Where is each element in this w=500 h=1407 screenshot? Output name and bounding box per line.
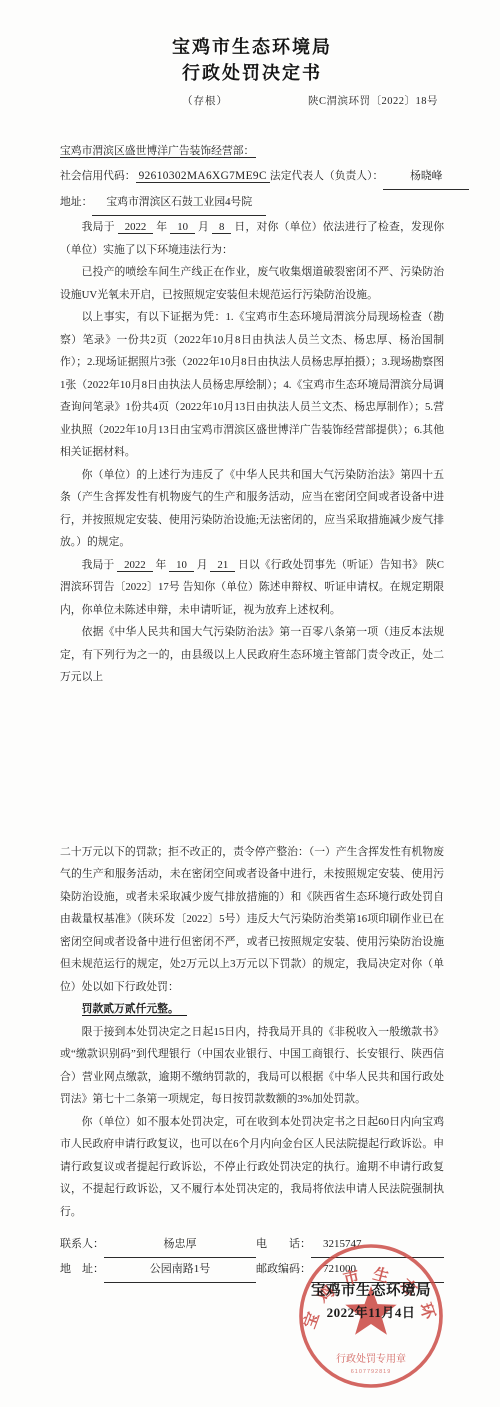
address-value: 宝鸡市渭滨区石鼓工业园4号院 [92,190,266,216]
notice-year: 2022 [117,559,153,572]
inspection-year-unit: 年 [156,221,167,233]
inspection-day: 8 [212,221,231,234]
title-line-1: 宝鸡市生态环境局 [60,34,444,60]
recipient-block: 宝鸡市渭滨区盛世博洋广告装饰经营部： 社会信用代码：92610302MA6XG7… [60,139,444,216]
credit-code-label: 社会信用代码： [60,170,136,182]
contact-person-value: 杨忠厚 [104,1232,256,1258]
document-title: 宝鸡市生态环境局 行政处罚决定书 [60,34,444,86]
evidence-paragraph: 以上事实，有以下证据为凭：1.《宝鸡市生态环境局渭滨分局现场检查（勘察）笔录》一… [60,306,444,464]
document-page: 宝鸡市生态环境局 行政处罚决定书 （存根） 陕C渭滨环罚〔2022〕18号 宝鸡… [0,0,500,1407]
contact-person-label: 联系人： [60,1232,104,1257]
notice-paragraph: 我局于 2022 年 10 月 21 日以《行政处罚事先（听证）告知书》 陕C渭… [60,554,444,622]
address-label: 地址： [60,196,92,208]
legal-basis-part1: 依据《中华人民共和国大气污染防治法》第一百零八条第一项（违反本法规定，有下列行为… [60,621,444,689]
legal-basis-part2: 二十万元以下的罚款；拒不改正的，责令停产整治：（一）产生含挥发性有机物废气的生产… [60,841,444,999]
notice-year-unit: 年 [155,559,166,571]
office-address-label: 地 址： [60,1257,104,1282]
document-number: 陕C渭滨环罚〔2022〕18号 [308,93,438,108]
notice-month: 10 [169,559,194,572]
notice-month-unit: 月 [197,559,208,571]
decision-date: 2022年11月4日 [293,1304,449,1322]
address-row: 地址：宝鸡市渭滨区石鼓工业园4号院 [60,190,444,216]
document-body: 我局于 2022 年 10 月 8 日，对你（单位）依法进行了检查，发现你（单位… [60,216,444,1223]
stub-label: （存根） [182,93,228,108]
seal-serial-number: 6107792819 [351,1369,392,1375]
inspection-pre: 我局于 [82,221,115,233]
notice-day-unit: 日 [238,559,249,571]
facts-paragraph: 已投产的喷绘车间生产线正在作业，废气收集烟道破裂密闭不严、污染防治设施UV光氧未… [60,261,444,306]
recipient-name: 宝鸡市渭滨区盛世博洋广告装饰经营部： [60,145,256,158]
penalty-amount: 罚款贰万贰仟元整。 [82,1003,187,1016]
credit-code-value: 92610302MA6XG7ME9C [136,170,270,183]
penalty-amount-line: 罚款贰万贰仟元整。 [60,998,444,1021]
recipient-name-row: 宝鸡市渭滨区盛世博洋广告装饰经营部： [60,139,444,164]
inspection-year: 2022 [118,221,154,234]
inspection-month-unit: 月 [198,221,209,233]
issuing-authority: 宝鸡市生态环境局 [293,1282,449,1300]
appeal-paragraph: 你（单位）如不服本处罚决定，可在收到本处罚决定书之日起60日内向宝鸡市人民政府申… [60,1111,444,1224]
legal-rep-value: 杨晓峰 [383,164,469,190]
inspection-day-unit: 日， [234,221,256,233]
notice-pre: 我局于 [82,559,115,571]
notice-day: 21 [210,559,235,572]
official-seal: 宝鸡市生态环境局 行政处罚专用章 6107792819 宝鸡市生态环境局 202… [295,1240,447,1394]
legal-rep-label: 法定代表人（负责人）： [270,170,383,182]
seal-signature-overlay: 宝鸡市生态环境局 2022年11月4日 [293,1282,449,1322]
payment-paragraph: 限于接到本处罚决定之日起15日内，持我局开具的《非税收入一般缴款书》或“缴款识别… [60,1021,444,1111]
document-content: 宝鸡市生态环境局 行政处罚决定书 （存根） 陕C渭滨环罚〔2022〕18号 宝鸡… [60,34,444,1282]
seal-bottom-text: 行政处罚专用章 [336,1352,406,1365]
violation-paragraph: 你（单位）的上述行为违反了《中华人民共和国大气污染防治法》第四十五条（产生含挥发… [60,464,444,554]
header-meta-row: （存根） 陕C渭滨环罚〔2022〕18号 [60,93,444,108]
title-line-2: 行政处罚决定书 [60,60,444,86]
page-break-gap [60,689,444,841]
inspection-month: 10 [170,221,195,234]
office-address-value: 公园南路1号 [104,1257,256,1283]
inspection-paragraph: 我局于 2022 年 10 月 8 日，对你（单位）依法进行了检查，发现你（单位… [60,216,444,261]
credit-code-row: 社会信用代码：92610302MA6XG7ME9C法定代表人（负责人）：杨晓峰 [60,164,444,190]
